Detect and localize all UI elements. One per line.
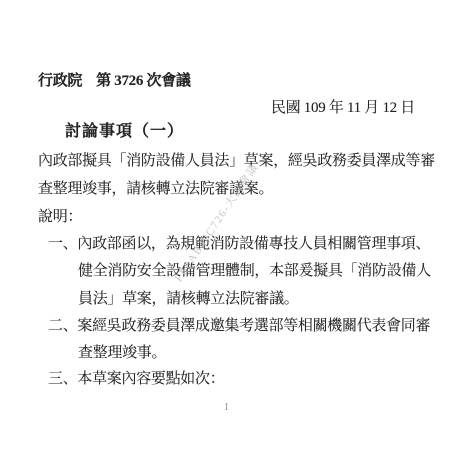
item-number: 一、 [48,234,77,254]
list-item-2-line-2: 查整理竣事。 [78,343,166,363]
item-text: 內政部函以，為規範消防設備專技人員相關管理事項、 [77,236,430,252]
session-number: 第 3726 次會議 [96,73,191,89]
page-number: 1 [0,402,453,413]
date-line: 民國 109 年 11 月 12 日 [271,98,415,118]
subject-line: 內政部擬具「消防設備人員法」草案，經吳政務委員澤成等審 [38,151,435,171]
list-item-1-line-3: 員法」草案，請核轉立法院審議。 [78,289,299,309]
section-title: 討論事項（一） [65,122,184,142]
list-item-2-line-1: 二、案經吳政務委員澤成邀集考選部等相關機關代表會同審 [48,316,430,336]
document-page: 行政院第 3726 次會議 民國 109 年 11 月 12 日 討論事項（一）… [0,0,453,453]
explanation-label: 說明： [38,207,82,227]
item-text: 案經吳政務委員澤成邀集考選部等相關機關代表會同審 [77,318,430,334]
list-item-1-line-2: 健全消防安全設備管理體制，本部爰擬具「消防設備人 [78,261,431,281]
list-item-3-line-1: 三、本草案內容要點如次： [48,369,224,389]
item-text: 本草案內容要點如次： [77,371,224,387]
list-item-1-line-1: 一、內政部函以，為規範消防設備專技人員相關管理事項、 [48,234,430,254]
item-number: 三、 [48,369,77,389]
item-number: 二、 [48,316,77,336]
meeting-header: 行政院第 3726 次會議 [38,71,191,91]
agency-name: 行政院 [38,73,82,89]
